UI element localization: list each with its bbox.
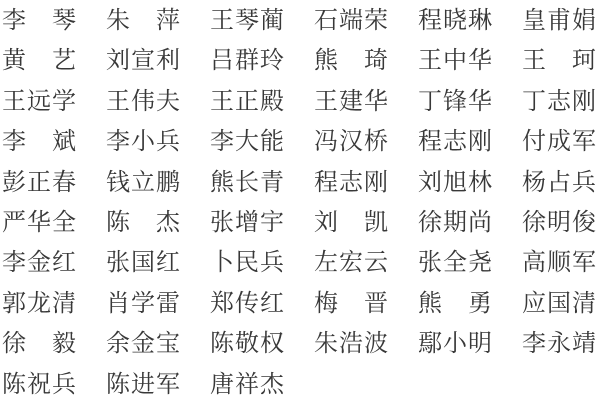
name-item: 付成军: [522, 122, 596, 162]
name-item: 程志刚: [314, 163, 388, 203]
name-item: 杨占兵: [522, 163, 596, 203]
name-item: 肖学雷: [106, 284, 180, 324]
name-item: 熊长青: [210, 163, 284, 203]
name-item: 熊琦: [314, 41, 388, 81]
name-item: 李金红: [2, 243, 76, 283]
name-item: 丁志刚: [522, 82, 596, 122]
name-item: 刘凯: [314, 203, 388, 243]
name-item: 徐明俊: [522, 203, 596, 243]
name-item: 程志刚: [418, 122, 492, 162]
name-item: 程晓琳: [418, 1, 492, 41]
name-item: 刘旭林: [418, 163, 492, 203]
name-grid: 李琴朱萍王琴蔺石端荣程晓琳皇甫娟黄艺刘宣利吕群玲熊琦王中华王珂王远学王伟夫王正殿…: [0, 0, 599, 405]
name-item: 冯汉桥: [314, 122, 388, 162]
name-item: 王远学: [2, 82, 76, 122]
name-item: 熊勇: [418, 284, 492, 324]
name-item: 张国红: [106, 243, 180, 283]
name-item: 应国清: [522, 284, 596, 324]
name-item: 唐祥杰: [210, 365, 284, 405]
name-item: 彭正春: [2, 163, 76, 203]
name-item: 徐毅: [2, 324, 76, 364]
name-item: 张增宇: [210, 203, 284, 243]
name-item: 陈进军: [106, 365, 180, 405]
name-item: 张全尧: [418, 243, 492, 283]
name-item: 左宏云: [314, 243, 388, 283]
name-item: 高顺军: [522, 243, 596, 283]
name-item: 陈杰: [106, 203, 180, 243]
name-item: 王建华: [314, 82, 388, 122]
name-item: 王正殿: [210, 82, 284, 122]
name-item: 石端荣: [314, 1, 388, 41]
name-item: 钱立鹏: [106, 163, 180, 203]
name-item: 李小兵: [106, 122, 180, 162]
name-item: 王伟夫: [106, 82, 180, 122]
name-item: 余金宝: [106, 324, 180, 364]
document-page-body: { "page": { "background": "#ffffff", "te…: [0, 0, 599, 406]
name-item: 李琴: [2, 1, 76, 41]
name-item: 朱浩波: [314, 324, 388, 364]
name-list-page: 李琴朱萍王琴蔺石端荣程晓琳皇甫娟黄艺刘宣利吕群玲熊琦王中华王珂王远学王伟夫王正殿…: [0, 0, 599, 406]
name-item: 李大能: [210, 122, 284, 162]
name-item: 陈祝兵: [2, 365, 76, 405]
name-item: 刘宣利: [106, 41, 180, 81]
name-item: 陈敬权: [210, 324, 284, 364]
name-item: 吕群玲: [210, 41, 284, 81]
name-item: 鄢小明: [418, 324, 492, 364]
name-item: 徐期尚: [418, 203, 492, 243]
name-item: 郑传红: [210, 284, 284, 324]
name-item: 丁锋华: [418, 82, 492, 122]
name-item: 严华全: [2, 203, 76, 243]
name-item: 王珂: [522, 41, 596, 81]
name-item: 郭龙清: [2, 284, 76, 324]
name-item: 王琴蔺: [210, 1, 284, 41]
name-item: 皇甫娟: [522, 1, 596, 41]
name-item: 梅晋: [314, 284, 388, 324]
name-item: 朱萍: [106, 1, 180, 41]
name-item: 黄艺: [2, 41, 76, 81]
name-item: 王中华: [418, 41, 492, 81]
name-item: 李永靖: [522, 324, 596, 364]
name-item: 李斌: [2, 122, 76, 162]
name-item: 卜民兵: [210, 243, 284, 283]
